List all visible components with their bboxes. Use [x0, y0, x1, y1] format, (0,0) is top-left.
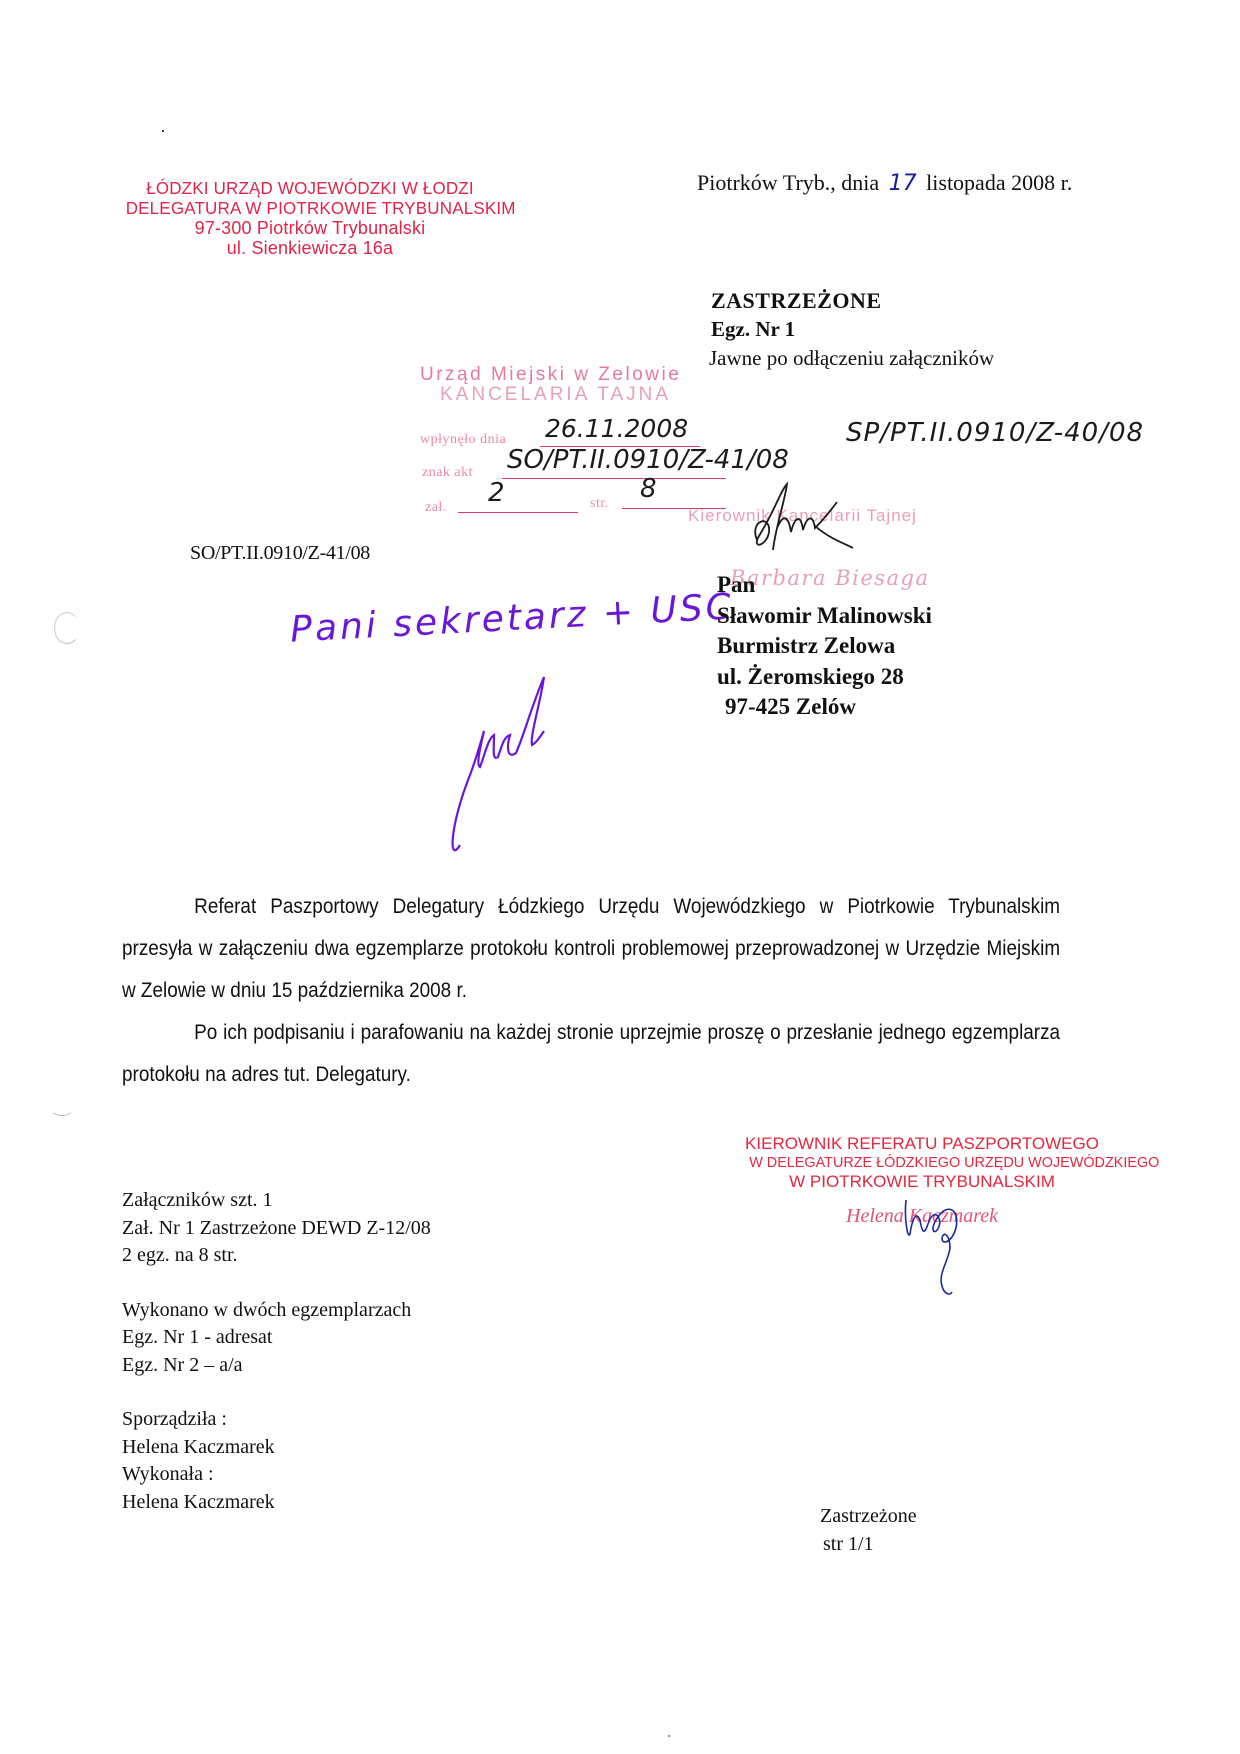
registry-head-signature — [745, 480, 865, 560]
blue-signature — [898, 1190, 978, 1300]
sender-stamp-line: 97-300 Piotrków Trybunalski — [126, 218, 495, 238]
file-number-handwritten: SO/PT.II.0910/Z-41/08 — [507, 445, 789, 475]
body-paragraph: Referat Paszportowy Delegatury Łódzkiego… — [122, 885, 1060, 1011]
addressee-name: Sławomir Malinowski — [717, 601, 932, 632]
attachments-line: Zał. Nr 1 Zastrzeżone DEWD Z-12/08 — [122, 1215, 431, 1243]
received-date: 26.11.2008 — [545, 414, 688, 443]
punch-hole-mark — [54, 612, 80, 644]
copies-line: Egz. Nr 1 - adresat — [122, 1324, 431, 1352]
date-day-handwritten: 17 — [885, 171, 921, 196]
sender-stamp-line: ŁÓDZKI URZĄD WOJEWÓDZKI W ŁODZI — [126, 178, 495, 198]
pages-label: str. — [590, 496, 609, 512]
executed-by-name: Helena Kaczmarek — [122, 1489, 431, 1517]
attachments-line — [458, 482, 578, 513]
addressee-salutation: Pan — [717, 570, 932, 601]
classification-copy: Egz. Nr 1 — [711, 315, 994, 344]
addressee-city: 97-425 Zelów — [717, 692, 932, 723]
signature-stamp-line: W DELEGATURZE ŁÓDZKIEGO URZĘDU WOJEWÓDZK… — [749, 1153, 1095, 1172]
attachments-line: 2 egz. na 8 str. — [122, 1242, 431, 1270]
handwritten-routing-note: Pani sekretarz + USC — [289, 586, 735, 650]
prepared-by-label: Sporządziła : — [122, 1406, 431, 1434]
sender-stamp-line: DELEGATURA W PIOTRKOWIE TRYBUNALSKIM — [126, 198, 495, 218]
attachments-value: 2 — [488, 478, 505, 508]
signature-stamp-line: KIEROWNIK REFERATU PASZPORTOWEGO — [742, 1134, 1102, 1153]
attachments-block: Załączników szt. 1 Zał. Nr 1 Zastrzeżone… — [122, 1187, 431, 1516]
classification-note: Jawne po odłączeniu załączników — [709, 344, 994, 373]
letter-body: Referat Paszportowy Delegatury Łódzkiego… — [122, 885, 1060, 1095]
registry-office: Urząd Miejski w Zelowie — [420, 364, 681, 386]
copies-line: Egz. Nr 2 – a/a — [122, 1352, 431, 1380]
prepared-by-name: Helena Kaczmarek — [122, 1434, 431, 1462]
reference-number: SO/PT.II.0910/Z-41/08 — [190, 542, 370, 565]
footer-classification-label: Zastrzeżone — [820, 1502, 917, 1530]
classification-level: ZASTRZEŻONE — [711, 286, 994, 315]
footer-classification: Zastrzeżone str 1/1 — [820, 1502, 917, 1558]
date-suffix: listopada 2008 r. — [926, 170, 1072, 195]
date-prefix: Piotrków Tryb., dnia — [697, 170, 879, 195]
sender-stamp-line: ul. Sienkiewicza 16a — [126, 238, 495, 258]
punch-hole-mark — [50, 1100, 74, 1116]
attachments-label: zał. — [425, 500, 447, 516]
executed-by-label: Wykonała : — [122, 1461, 431, 1489]
footer-page-number: str 1/1 — [820, 1530, 917, 1558]
purple-signature — [440, 665, 580, 865]
copies-line: Wykonano w dwóch egzemplarzach — [122, 1297, 431, 1325]
handwritten-reference: SP/PT.II.0910/Z-40/08 — [846, 418, 1144, 448]
classification-block: ZASTRZEŻONE Egz. Nr 1 Jawne po odłączeni… — [711, 286, 994, 373]
sender-stamp: ŁÓDZKI URZĄD WOJEWÓDZKI W ŁODZI DELEGATU… — [120, 178, 500, 258]
signature-stamp-line: W PIOTRKOWIE TRYBUNALSKIM — [742, 1172, 1102, 1191]
scan-dot — [668, 1735, 670, 1737]
pages-value: 8 — [640, 474, 657, 504]
received-label: wpłynęło dnia — [420, 432, 506, 448]
scan-dot — [162, 130, 164, 132]
pages-line — [622, 480, 726, 509]
addressee-title: Burmistrz Zelowa — [717, 631, 932, 662]
registry-unit: KANCELARIA TAJNA — [440, 384, 671, 406]
addressee-street: ul. Żeromskiego 28 — [717, 662, 932, 693]
body-paragraph: Po ich podpisaniu i parafowaniu na każde… — [122, 1011, 1060, 1095]
file-label: znak akt — [422, 465, 473, 481]
attachments-line: Załączników szt. 1 — [122, 1187, 431, 1215]
addressee-block: Pan Sławomir Malinowski Burmistrz Zelowa… — [717, 570, 932, 723]
date-line: Piotrków Tryb., dnia 17 listopada 2008 r… — [697, 170, 1072, 196]
